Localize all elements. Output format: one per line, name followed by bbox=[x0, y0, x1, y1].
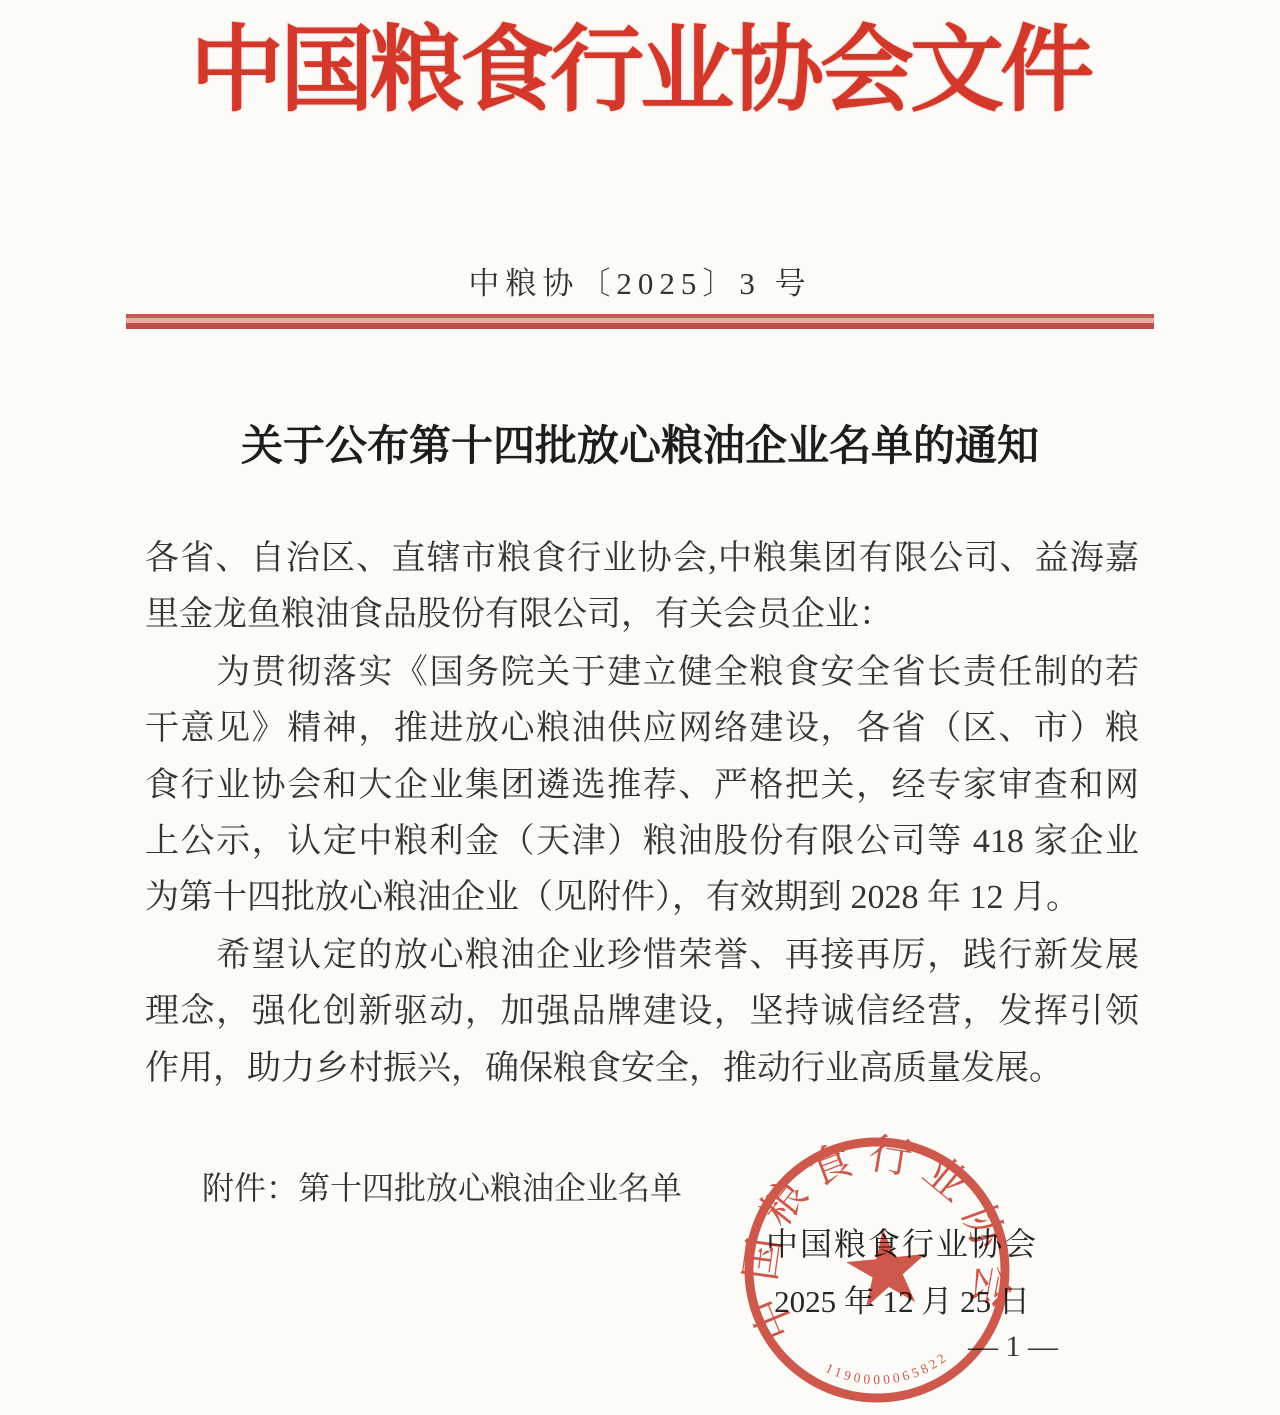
body-line: 上公示，认定中粮利金（天津）粮油股份有限公司等 418 家企业 bbox=[145, 814, 1139, 870]
body-line: 各省、自治区、直辖市粮食行业协会,中粮集团有限公司、益海嘉 bbox=[145, 531, 1139, 587]
body-line: 食行业协会和大企业集团遴选推荐、严格把关，经专家审查和网 bbox=[145, 758, 1139, 814]
notice-body: 各省、自治区、直辖市粮食行业协会,中粮集团有限公司、益海嘉 里金龙鱼粮油食品股份… bbox=[145, 531, 1139, 1097]
body-line: 干意见》精神，推进放心粮油供应网络建设，各省（区、市）粮 bbox=[145, 701, 1139, 757]
body-line: 为第十四批放心粮油企业（见附件），有效期到 2028 年 12 月。 bbox=[145, 870, 1139, 926]
doc-number: 中粮协〔2025〕3 号 bbox=[0, 264, 1280, 304]
seal-ring-text: 中国粮食行业协会 bbox=[728, 1121, 1023, 1349]
paragraph-expectations: 希望认定的放心粮油企业珍惜荣誉、再接再厉，践行新发展 理念，强化创新驱动，加强品… bbox=[145, 928, 1139, 1097]
notice-title: 关于公布第十四批放心粮油企业名单的通知 bbox=[0, 420, 1280, 474]
document-page: 中国粮食行业协会文件 中粮协〔2025〕3 号 关于公布第十四批放心粮油企业名单… bbox=[0, 0, 1280, 1415]
paragraph-announcement: 为贯彻落实《国务院关于建立健全粮食安全省长责任制的若 干意见》精神，推进放心粮油… bbox=[145, 645, 1139, 927]
body-line: 作用，助力乡村振兴，确保粮食安全，推动行业高质量发展。 bbox=[145, 1041, 1139, 1097]
body-line: 理念，强化创新驱动，加强品牌建设，坚持诚信经营，发挥引领 bbox=[145, 984, 1139, 1040]
red-rule-bottom-stripe bbox=[126, 323, 1154, 329]
attachment-line: 附件：第十四批放心粮油企业名单 bbox=[202, 1168, 682, 1208]
body-line: 里金龙鱼粮油食品股份有限公司，有关会员企业： bbox=[145, 587, 1139, 643]
paragraph-recipients: 各省、自治区、直辖市粮食行业协会,中粮集团有限公司、益海嘉 里金龙鱼粮油食品股份… bbox=[145, 531, 1139, 644]
body-line: 为贯彻落实《国务院关于建立健全粮食安全省长责任制的若 bbox=[145, 645, 1139, 701]
red-divider-rule bbox=[126, 314, 1154, 329]
seal-star-icon bbox=[843, 1225, 930, 1309]
masthead-org-title: 中国粮食行业协会文件 bbox=[0, 12, 1280, 130]
body-line: 希望认定的放心粮油企业珍惜荣誉、再接再厉，践行新发展 bbox=[145, 928, 1139, 984]
official-seal-stamp: 中国粮食行业协会 1190000065822 bbox=[728, 1121, 1027, 1415]
